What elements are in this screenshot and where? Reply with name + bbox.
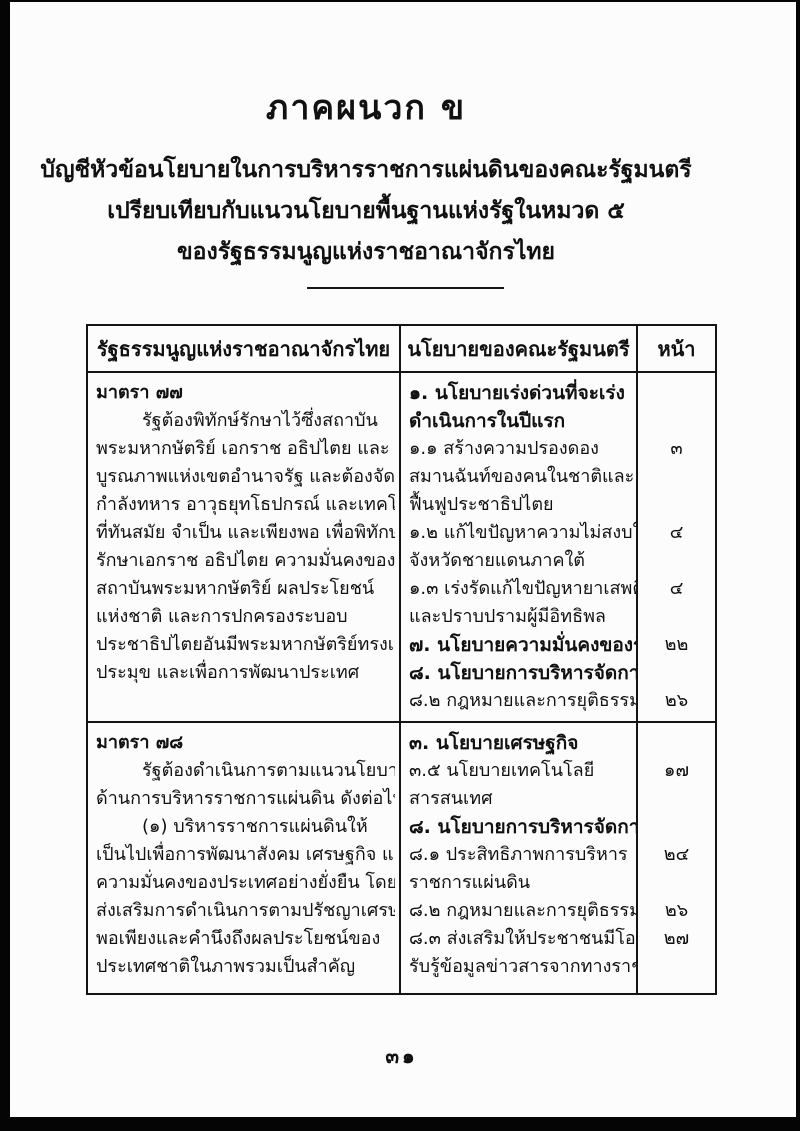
section-number: มาตรา ๗๘	[96, 729, 395, 757]
section-number: มาตรา ๗๗	[96, 379, 395, 407]
table-row: มาตรา ๗๗ รัฐต้องพิทักษ์รักษาไว้ซึ่งสถาบั…	[88, 373, 715, 723]
policy-cell-section-78: ๓. นโยบายเศรษฐกิจ ๓.๕ นโยบายเทคโนโลยี สา…	[401, 723, 715, 993]
appendix-title: ภาคผนวก ข	[60, 80, 672, 134]
policy-page-number: ๑๗	[638, 757, 715, 813]
header-page: หน้า	[638, 326, 715, 371]
header-constitution: รัฐธรรมนูญแห่งราชอาณาจักรไทย	[88, 326, 401, 371]
policy-entry: ๘.๒ กฎหมายและการยุติธรรม	[401, 897, 638, 925]
policy-page-number	[638, 659, 715, 687]
policy-page-number: ๒๗	[638, 925, 715, 981]
policy-entry: ๗. นโยบายความมั่นคงของรัฐ	[401, 631, 638, 659]
policy-page-number	[638, 379, 715, 435]
page-number: ๓๑	[86, 1040, 717, 1072]
policy-entry: ๑.๑ สร้างความปรองดอง สมานฉันท์ของคนในชาต…	[401, 435, 638, 519]
scan-border-right	[796, 0, 800, 1131]
constitution-cell-section-77: มาตรา ๗๗ รัฐต้องพิทักษ์รักษาไว้ซึ่งสถาบั…	[88, 373, 401, 721]
table-header-row: รัฐธรรมนูญแห่งราชอาณาจักรไทย นโยบายของคณ…	[88, 326, 715, 373]
policy-entry: ๘. นโยบายการบริหารจัดการที่ดี	[401, 659, 638, 687]
scan-border-bottom	[0, 1117, 800, 1131]
scanned-document-page: { "colors": { "ink": "#111111", "paper":…	[0, 0, 800, 1131]
subtitle-line-2: เปรียบเทียบกับแนวนโยบายพื้นฐานแห่งรัฐในห…	[36, 191, 696, 232]
constitution-cell-section-78: มาตรา ๗๘ รัฐต้องดำเนินการตามแนวนโยบาย ด้…	[88, 723, 401, 993]
policy-page-number: ๒๔	[638, 841, 715, 897]
scan-border-left	[0, 0, 10, 1131]
heading-divider-rule	[307, 287, 504, 289]
policy-cell-section-77: ๑. นโยบายเร่งด่วนที่จะเร่ง ดำเนินการในปี…	[401, 373, 715, 721]
header-policy: นโยบายของคณะรัฐมนตรี	[401, 326, 638, 371]
document-subtitle: บัญชีหัวข้อนโยบายในการบริหารราชการแผ่นดิ…	[36, 150, 696, 273]
policy-entry: ๘.๑ ประสิทธิภาพการบริหาร ราชการแผ่นดิน	[401, 841, 638, 897]
page-column-divider	[636, 373, 638, 721]
policy-entry: ๘. นโยบายการบริหารจัดการที่ดี	[401, 813, 638, 841]
policy-page-number	[638, 729, 715, 757]
policy-entry: ๑. นโยบายเร่งด่วนที่จะเร่ง ดำเนินการในปี…	[401, 379, 638, 435]
table-row: มาตรา ๗๘ รัฐต้องดำเนินการตามแนวนโยบาย ด้…	[88, 723, 715, 993]
scan-border-top	[0, 0, 800, 2]
policy-entry: ๑.๒ แก้ไขปัญหาความไม่สงบใน จังหวัดชายแดน…	[401, 519, 638, 575]
policy-entry: ๘.๓ ส่งเสริมให้ประชาชนมีโอกาส รับรู้ข้อม…	[401, 925, 638, 981]
policy-page-number: ๒๒	[638, 631, 715, 659]
policy-page-number: ๔	[638, 575, 715, 631]
policy-page-number	[638, 813, 715, 841]
policy-page-number: ๒๖	[638, 687, 715, 715]
subtitle-line-3: ของรัฐธรรมนูญแห่งราชอาณาจักรไทย	[36, 232, 696, 273]
policy-page-number: ๒๖	[638, 897, 715, 925]
page-column-divider	[636, 723, 638, 993]
subtitle-line-1: บัญชีหัวข้อนโยบายในการบริหารราชการแผ่นดิ…	[36, 150, 696, 191]
policy-entry: ๘.๒ กฎหมายและการยุติธรรม	[401, 687, 638, 715]
policy-page-number: ๔	[638, 519, 715, 575]
policy-entry: ๑.๓ เร่งรัดแก้ไขปัญหายาเสพติด และปราบปรา…	[401, 575, 638, 631]
policy-entry: ๓.๕ นโยบายเทคโนโลยี สารสนเทศ	[401, 757, 638, 813]
comparison-table: รัฐธรรมนูญแห่งราชอาณาจักรไทย นโยบายของคณ…	[86, 324, 717, 995]
policy-entry: ๓. นโยบายเศรษฐกิจ	[401, 729, 638, 757]
policy-page-number: ๓	[638, 435, 715, 519]
